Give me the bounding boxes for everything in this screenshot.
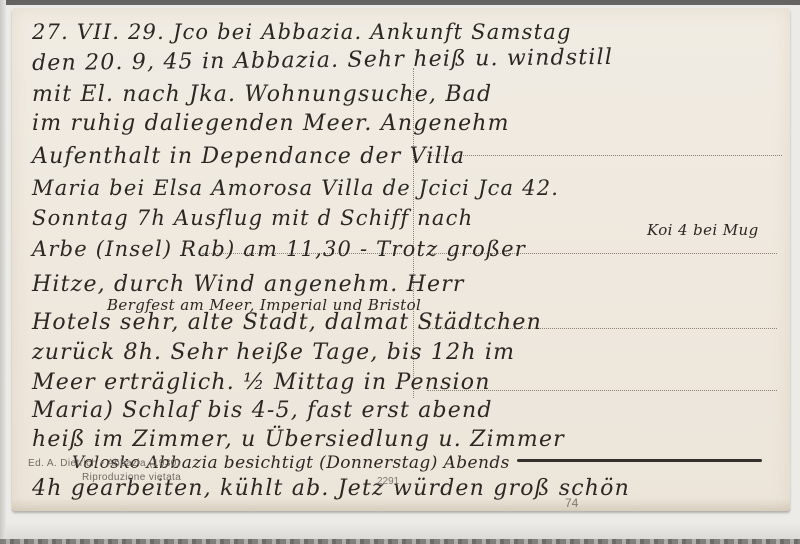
scanner-bottom-edge [0, 539, 800, 544]
publisher-imprint: Ed. A. Dietrich • Abbazia (1930) [28, 458, 181, 469]
address-line [427, 155, 782, 156]
handwritten-line: Maria) Schlaf bis 4-5, fast erst abend [32, 400, 493, 422]
postcard-scan: 27. VII. 29. Jco bei Abbazia. Ankunft Sa… [0, 0, 800, 544]
handwritten-line: den 20. 9, 45 in Abbazia. Sehr heiß u. w… [32, 47, 613, 75]
handwritten-line: Hotels sehr, alte Stadt, dalmat Städtche… [32, 312, 542, 334]
handwritten-line: Meer erträglich. ½ Mittag in Pension [32, 372, 491, 394]
handwritten-line: mit El. nach Jka. Wohnungsuche, Bad [32, 84, 492, 106]
pencil-number: 74 [565, 496, 578, 510]
handwritten-line: zurück 8h. Sehr heiße Tage, bis 12h im [32, 342, 515, 364]
interlinear-note: Bergfest am Meer, Imperial und Bristol [107, 298, 421, 313]
strike-through-mark [517, 459, 762, 462]
handwritten-line: Maria bei Elsa Amorosa Villa de Jcici Jc… [32, 178, 559, 199]
handwritten-line: 27. VII. 29. Jco bei Abbazia. Ankunft Sa… [32, 22, 572, 43]
handwritten-line: heiß im Zimmer, u Übersiedlung u. Zimmer [32, 429, 565, 451]
handwritten-line: Hitze, durch Wind angenehm. Herr [32, 274, 465, 296]
handwritten-line: im ruhig daliegenden Meer. Angenehm [32, 113, 510, 135]
handwritten-line: Sonntag 7h Ausflug mit d Schiff nach [32, 208, 473, 229]
card-number: 2291 [377, 476, 399, 487]
scanner-left-edge [0, 0, 6, 544]
scanner-top-edge [0, 0, 800, 5]
reproduction-notice: Riproduzione vietata [82, 472, 181, 483]
postcard: 27. VII. 29. Jco bei Abbazia. Ankunft Sa… [12, 8, 790, 511]
interlinear-note: Koi 4 bei Mug [647, 223, 759, 238]
handwritten-line: Aufenthalt in Dependance der Villa [32, 146, 465, 168]
handwritten-line: Arbe (Insel) Rab) am 11,30 - Trotz große… [32, 239, 526, 260]
